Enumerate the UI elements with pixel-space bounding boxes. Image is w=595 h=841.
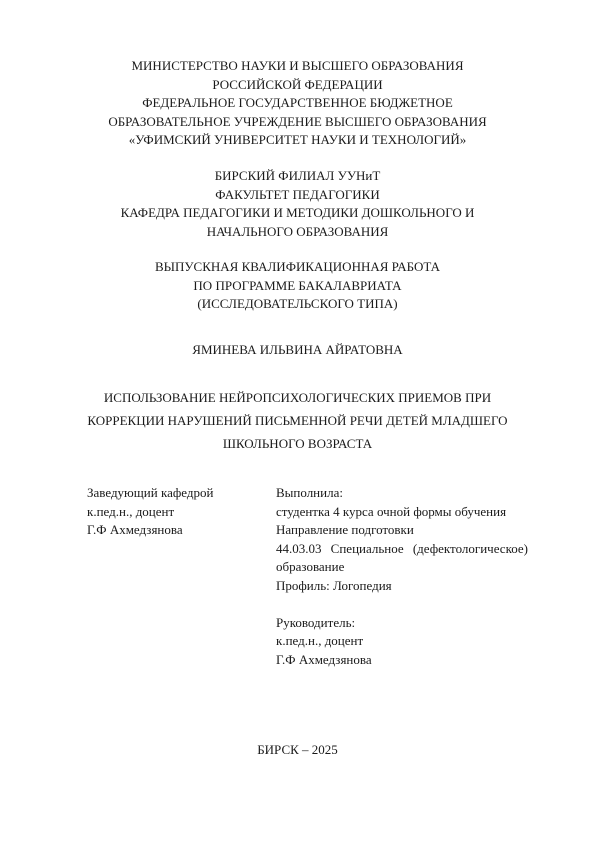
supervisor-label: Руководитель: [276,614,528,633]
university-name: «УФИМСКИЙ УНИВЕРСИТЕТ НАУКИ И ТЕХНОЛОГИЙ… [60,131,535,150]
work-type: ВЫПУСКНАЯ КВАЛИФИКАЦИОННАЯ РАБОТА ПО ПРО… [60,258,535,314]
title-line: ШКОЛЬНОГО ВОЗРАСТА [60,432,535,455]
direction-label: Направление подготовки [276,521,528,540]
title-line: ИСПОЛЬЗОВАНИЕ НЕЙРОПСИХОЛОГИЧЕСКИХ ПРИЕМ… [60,386,535,409]
city-year: БИРСК – 2025 [0,742,595,758]
head-degree: к.пед.н., доцент [87,503,267,522]
department-name-cont: НАЧАЛЬНОГО ОБРАЗОВАНИЯ [60,223,535,242]
head-label: Заведующий кафедрой [87,484,267,503]
thesis-title: ИСПОЛЬЗОВАНИЕ НЕЙРОПСИХОЛОГИЧЕСКИХ ПРИЕМ… [60,386,535,455]
branch-name: БИРСКИЙ ФИЛИАЛ УУНиТ [60,167,535,186]
work-type-line: ПО ПРОГРАММЕ БАКАЛАВРИАТА [60,277,535,296]
head-name: Г.Ф Ахмедзянова [87,521,267,540]
work-type-line: (ИССЛЕДОВАТЕЛЬСКОГО ТИПА) [60,295,535,314]
author-name: ЯМИНЕВА ИЛЬВИНА АЙРАТОВНА [60,341,535,360]
header-line: ОБРАЗОВАТЕЛЬНОЕ УЧРЕЖДЕНИЕ ВЫСШЕГО ОБРАЗ… [60,113,535,132]
header-line: МИНИСТЕРСТВО НАУКИ И ВЫСШЕГО ОБРАЗОВАНИЯ [60,57,535,76]
supervisor-name: Г.Ф Ахмедзянова [276,651,528,670]
ministry-header: МИНИСТЕРСТВО НАУКИ И ВЫСШЕГО ОБРАЗОВАНИЯ… [60,57,535,150]
profile: Профиль: Логопедия [276,577,528,596]
direction-code-word: Специальное [331,540,404,559]
title-line: КОРРЕКЦИИ НАРУШЕНИЙ ПИСЬМЕННОЙ РЕЧИ ДЕТЕ… [60,409,535,432]
performer-status: студентка 4 курса очной формы обучения [276,503,528,522]
department-name: КАФЕДРА ПЕДАГОГИКИ И МЕТОДИКИ ДОШКОЛЬНОГ… [60,204,535,223]
header-line: ФЕДЕРАЛЬНОЕ ГОСУДАРСТВЕННОЕ БЮДЖЕТНОЕ [60,94,535,113]
direction-code-number: 44.03.03 [276,540,322,559]
supervisor-degree: к.пед.н., доцент [276,632,528,651]
author-block: ЯМИНЕВА ИЛЬВИНА АЙРАТОВНА [60,341,535,360]
faculty-header: БИРСКИЙ ФИЛИАЛ УУНиТ ФАКУЛЬТЕТ ПЕДАГОГИК… [60,167,535,241]
head-of-department-block: Заведующий кафедрой к.пед.н., доцент Г.Ф… [87,484,267,540]
direction-code-word: (дефектологическое) [413,540,528,559]
direction-cont: образование [276,558,528,577]
performer-label: Выполнила: [276,484,528,503]
performer-supervisor-block: Выполнила: студентка 4 курса очной формы… [276,484,528,669]
faculty-name: ФАКУЛЬТЕТ ПЕДАГОГИКИ [60,186,535,205]
spacer [276,595,528,614]
work-type-line: ВЫПУСКНАЯ КВАЛИФИКАЦИОННАЯ РАБОТА [60,258,535,277]
header-line: РОССИЙСКОЙ ФЕДЕРАЦИИ [60,76,535,95]
direction-code: 44.03.03 Специальное (дефектологическое) [276,540,528,559]
